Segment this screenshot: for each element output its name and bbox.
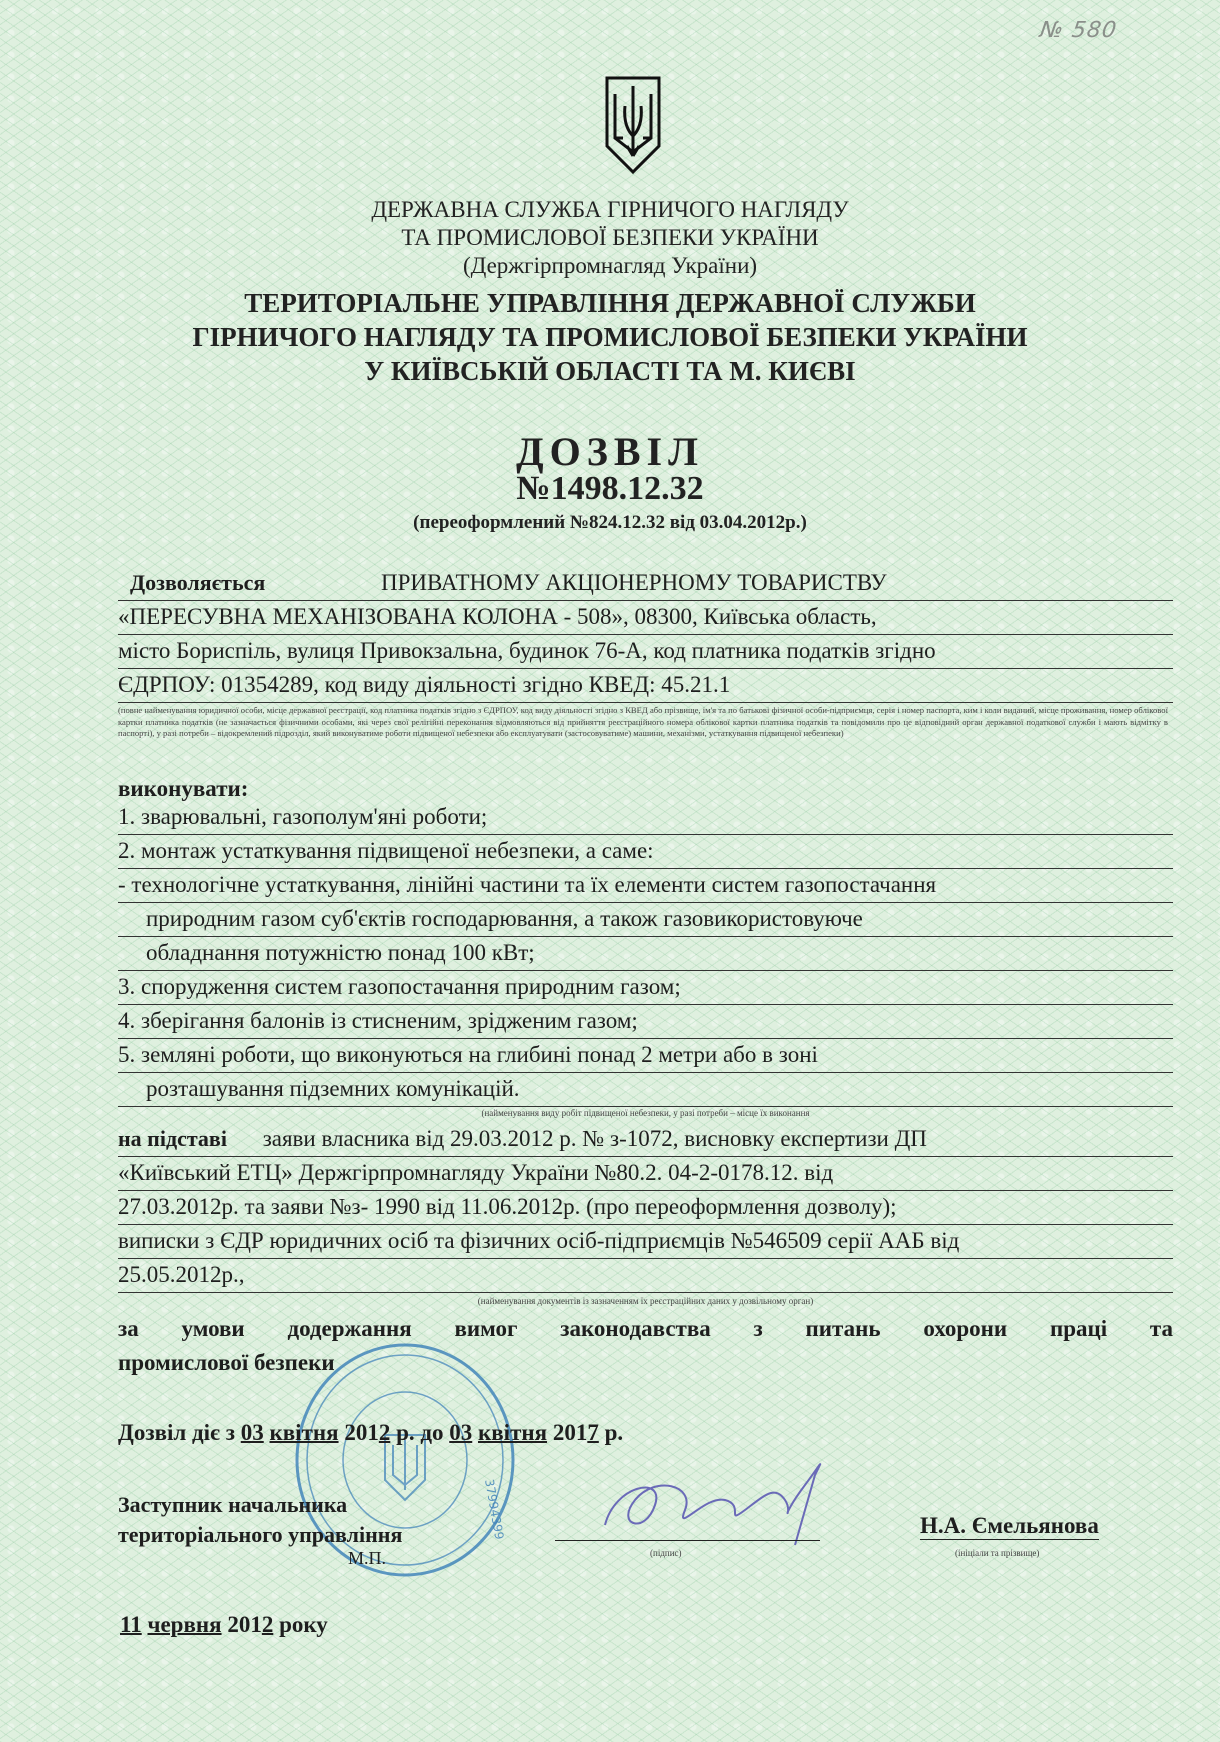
issue-date: 11 червня 2012 року	[120, 1612, 328, 1638]
signatory-name: Н.А. Ємельянова	[920, 1513, 1099, 1540]
validity-to-year-a: 201	[553, 1420, 588, 1445]
works-item-2c: обладнання потужністю понад 100 кВт;	[118, 936, 1173, 971]
issue-year-b: 2	[262, 1612, 274, 1637]
works-item-1: 1. зварювальні, газополум'яні роботи;	[118, 800, 1173, 835]
works-item-3: 3. спорудження систем газопостачання при…	[118, 970, 1173, 1005]
works-item-2a: - технологічне устаткування, лінійні час…	[118, 868, 1173, 903]
grantee-line-4: ЄДРПОУ: 01354289, код виду діяльності зг…	[118, 668, 1173, 703]
works-item-5: 5. земляні роботи, що виконуються на гли…	[118, 1038, 1173, 1073]
works-item-5b: розташування підземних комунікацій.	[118, 1072, 1173, 1107]
grantee-line-1: Дозволяється ПРИВАТНОМУ АКЦІОНЕРНОМУ ТОВ…	[118, 566, 1173, 601]
basis-line-2: «Київський ЕТЦ» Держгірпромнагляду Украї…	[118, 1156, 1173, 1191]
basis-line-5: 25.05.2012р.,	[118, 1258, 1173, 1293]
signatory-title-2: територіального управління	[118, 1520, 402, 1550]
signature-line	[555, 1540, 820, 1541]
region-line-1: ТЕРИТОРІАЛЬНЕ УПРАВЛІННЯ ДЕРЖАВНОЇ СЛУЖБ…	[0, 286, 1220, 320]
basis-line-1: на підставі заяви власника від 29.03.201…	[118, 1122, 1173, 1157]
region-line-2: ГІРНИЧОГО НАГЛЯДУ ТА ПРОМИСЛОВОЇ БЕЗПЕКИ…	[0, 320, 1220, 354]
permit-title: ДОЗВІЛ	[0, 428, 1220, 475]
validity-from-year-b: 2	[379, 1420, 391, 1445]
grantee-line-2: «ПЕРЕСУВНА МЕХАНІЗОВАНА КОЛОНА - 508», 0…	[118, 600, 1173, 635]
validity-from-suffix: р. до	[390, 1420, 449, 1445]
basis-caption: (найменування документів із зазначенням …	[118, 1296, 1173, 1306]
issue-year-a: 201	[227, 1612, 262, 1637]
validity-to-day: 03	[449, 1420, 472, 1445]
works-item-4: 4. зберігання балонів із стисненим, зрід…	[118, 1004, 1173, 1039]
grantee-caption: (повне найменування юридичної особи, міс…	[118, 705, 1168, 740]
basis-line-3: 27.03.2012р. та заяви №з- 1990 від 11.06…	[118, 1190, 1173, 1225]
regional-office: ТЕРИТОРІАЛЬНЕ УПРАВЛІННЯ ДЕРЖАВНОЇ СЛУЖБ…	[0, 286, 1220, 388]
permit-reissued: (переоформлений №824.12.32 від 03.04.201…	[0, 512, 1220, 534]
signatory-title: Заступник начальника територіального упр…	[118, 1490, 402, 1550]
validity-from-month: квітня	[270, 1420, 339, 1445]
grantee-line-3: місто Бориспіль, вулиця Привокзальна, бу…	[118, 634, 1173, 669]
grantee-name: ПРИВАТНОМУ АКЦІОНЕРНОМУ ТОВАРИСТВУ	[381, 570, 887, 595]
works-caption: (найменування виду робіт підвищеної небе…	[118, 1108, 1173, 1118]
issue-day: 11	[120, 1612, 142, 1637]
basis-label: на підставі	[118, 1126, 227, 1151]
agency-line-1: ДЕРЖАВНА СЛУЖБА ГІРНИЧОГО НАГЛЯДУ	[0, 196, 1220, 224]
works-item-2b: природним газом суб'єктів господарювання…	[118, 902, 1173, 937]
works-label: виконувати:	[118, 776, 248, 802]
validity-to-year-b: 7	[587, 1420, 599, 1445]
validity-to-month: квітня	[478, 1420, 547, 1445]
ukraine-trident-icon	[603, 76, 663, 176]
seal-label: М.П.	[348, 1548, 386, 1569]
works-item-2: 2. монтаж устаткування підвищеної небезп…	[118, 834, 1173, 869]
validity-to-suffix: р.	[599, 1420, 623, 1445]
validity-prefix: Дозвіл діє з	[118, 1420, 241, 1445]
handwritten-note: № 580	[1038, 18, 1118, 43]
validity-from-year-a: 201	[344, 1420, 379, 1445]
basis-text-1: заяви власника від 29.03.2012 р. № з-107…	[263, 1126, 927, 1151]
signature-caption: (підпис)	[650, 1548, 682, 1558]
validity-from-day: 03	[241, 1420, 264, 1445]
signature-scribble	[575, 1445, 845, 1555]
condition-line-1: за умови додержання вимог законодавства …	[118, 1312, 1173, 1346]
agency-line-2: ТА ПРОМИСЛОВОЇ БЕЗПЕКИ УКРАЇНИ	[0, 224, 1220, 252]
agency-short: (Держгірпромнагляд України)	[0, 252, 1220, 280]
grantee-label: Дозволяється	[130, 570, 265, 595]
issue-month: червня	[147, 1612, 221, 1637]
region-line-3: У КИЇВСЬКІЙ ОБЛАСТІ ТА М. КИЄВІ	[0, 354, 1220, 388]
permit-number: №1498.12.32	[0, 470, 1220, 508]
agency-name: ДЕРЖАВНА СЛУЖБА ГІРНИЧОГО НАГЛЯДУ ТА ПРО…	[0, 196, 1220, 280]
validity-period: Дозвіл діє з 03 квітня 2012 р. до 03 кві…	[118, 1420, 623, 1446]
basis-line-4: виписки з ЄДР юридичних осіб та фізичних…	[118, 1224, 1173, 1259]
issue-suffix: року	[273, 1612, 327, 1637]
name-caption: (ініціали та прізвище)	[955, 1548, 1039, 1558]
signatory-title-1: Заступник начальника	[118, 1490, 402, 1520]
